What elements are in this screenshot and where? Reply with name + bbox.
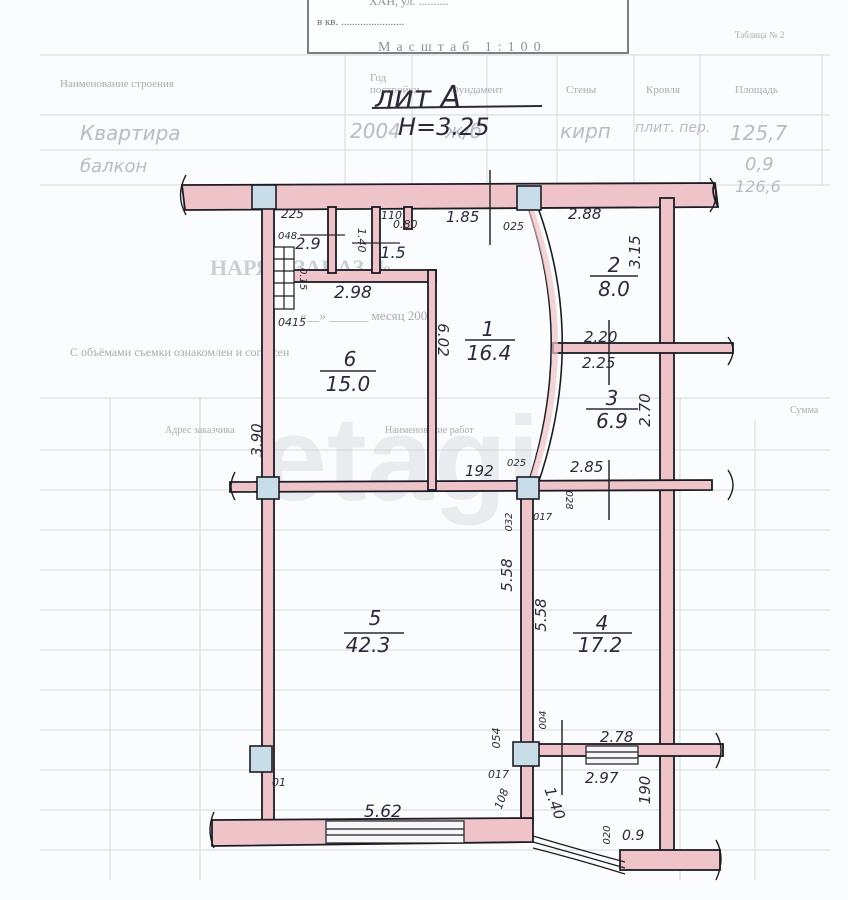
svg-text:1: 1 [482,317,495,341]
column-top-middle [517,186,541,210]
svg-text:032: 032 [504,512,515,531]
ventilation-shaft [274,247,294,309]
svg-text:16.4: 16.4 [467,341,512,365]
column-mid-center [517,477,539,499]
column-bottom-center [513,742,539,766]
room-wc: 2.9 [295,234,345,253]
column-mid-left [257,477,279,499]
svg-text:6.02: 6.02 [434,323,452,356]
svg-text:42.3: 42.3 [346,633,391,657]
svg-text:5.58: 5.58 [498,558,516,591]
column-bottom-left [250,746,272,772]
room-1: 1 16.4 [465,317,515,365]
svg-text:2.88: 2.88 [568,205,601,223]
svg-text:2.78: 2.78 [600,728,633,746]
svg-text:017: 017 [488,768,509,781]
svg-text:0415: 0415 [278,316,306,329]
svg-text:190: 190 [636,776,654,805]
svg-text:1.5: 1.5 [380,243,405,262]
svg-text:1.40: 1.40 [541,785,569,823]
svg-text:5.58: 5.58 [532,598,550,631]
svg-text:3: 3 [606,386,619,410]
room-4: 4 17.2 [573,611,632,657]
svg-text:2.85: 2.85 [570,458,603,476]
room-3: 3 6.9 [586,386,638,433]
svg-text:048: 048 [278,231,297,242]
svg-text:0.80: 0.80 [393,218,418,231]
svg-text:3.15: 3.15 [626,235,644,268]
svg-text:0.15: 0.15 [297,268,308,290]
svg-text:8.0: 8.0 [598,277,630,301]
svg-text:004: 004 [538,710,549,729]
svg-text:3.90: 3.90 [248,423,266,456]
svg-text:15.0: 15.0 [326,372,371,396]
svg-text:2.70: 2.70 [636,393,654,426]
svg-text:01: 01 [272,776,286,789]
svg-text:017: 017 [533,512,553,523]
svg-text:5: 5 [369,606,382,630]
svg-text:2.25: 2.25 [582,354,615,372]
svg-text:225: 225 [281,207,304,221]
svg-text:1.40: 1.40 [355,228,368,253]
svg-text:108: 108 [492,787,511,811]
svg-text:0.9: 0.9 [622,828,644,844]
svg-text:028: 028 [563,490,574,509]
curved-wall-outer [527,205,551,484]
ceiling-height: H=3.25 [398,113,490,141]
room-6: 6 15.0 [320,347,376,396]
svg-text:2.20: 2.20 [584,328,617,346]
svg-text:020: 020 [602,825,613,844]
svg-text:2: 2 [608,253,621,277]
svg-text:1.85: 1.85 [446,208,479,226]
floor-plan: лит А H=3.25 [0,0,848,900]
column-top-left [252,185,276,209]
svg-text:192: 192 [465,462,494,480]
svg-text:5.62: 5.62 [364,802,402,822]
svg-text:6.9: 6.9 [596,409,628,433]
svg-text:054: 054 [490,728,503,749]
svg-text:17.2: 17.2 [578,633,623,657]
svg-text:2.9: 2.9 [295,234,320,253]
svg-text:2.97: 2.97 [585,769,619,787]
svg-text:025: 025 [507,458,526,469]
room-5: 5 42.3 [344,606,404,657]
svg-text:025: 025 [503,220,524,233]
svg-text:2.98: 2.98 [334,283,372,303]
svg-text:6: 6 [344,347,357,371]
plan-title: лит А [374,80,461,115]
svg-text:4: 4 [596,611,609,635]
